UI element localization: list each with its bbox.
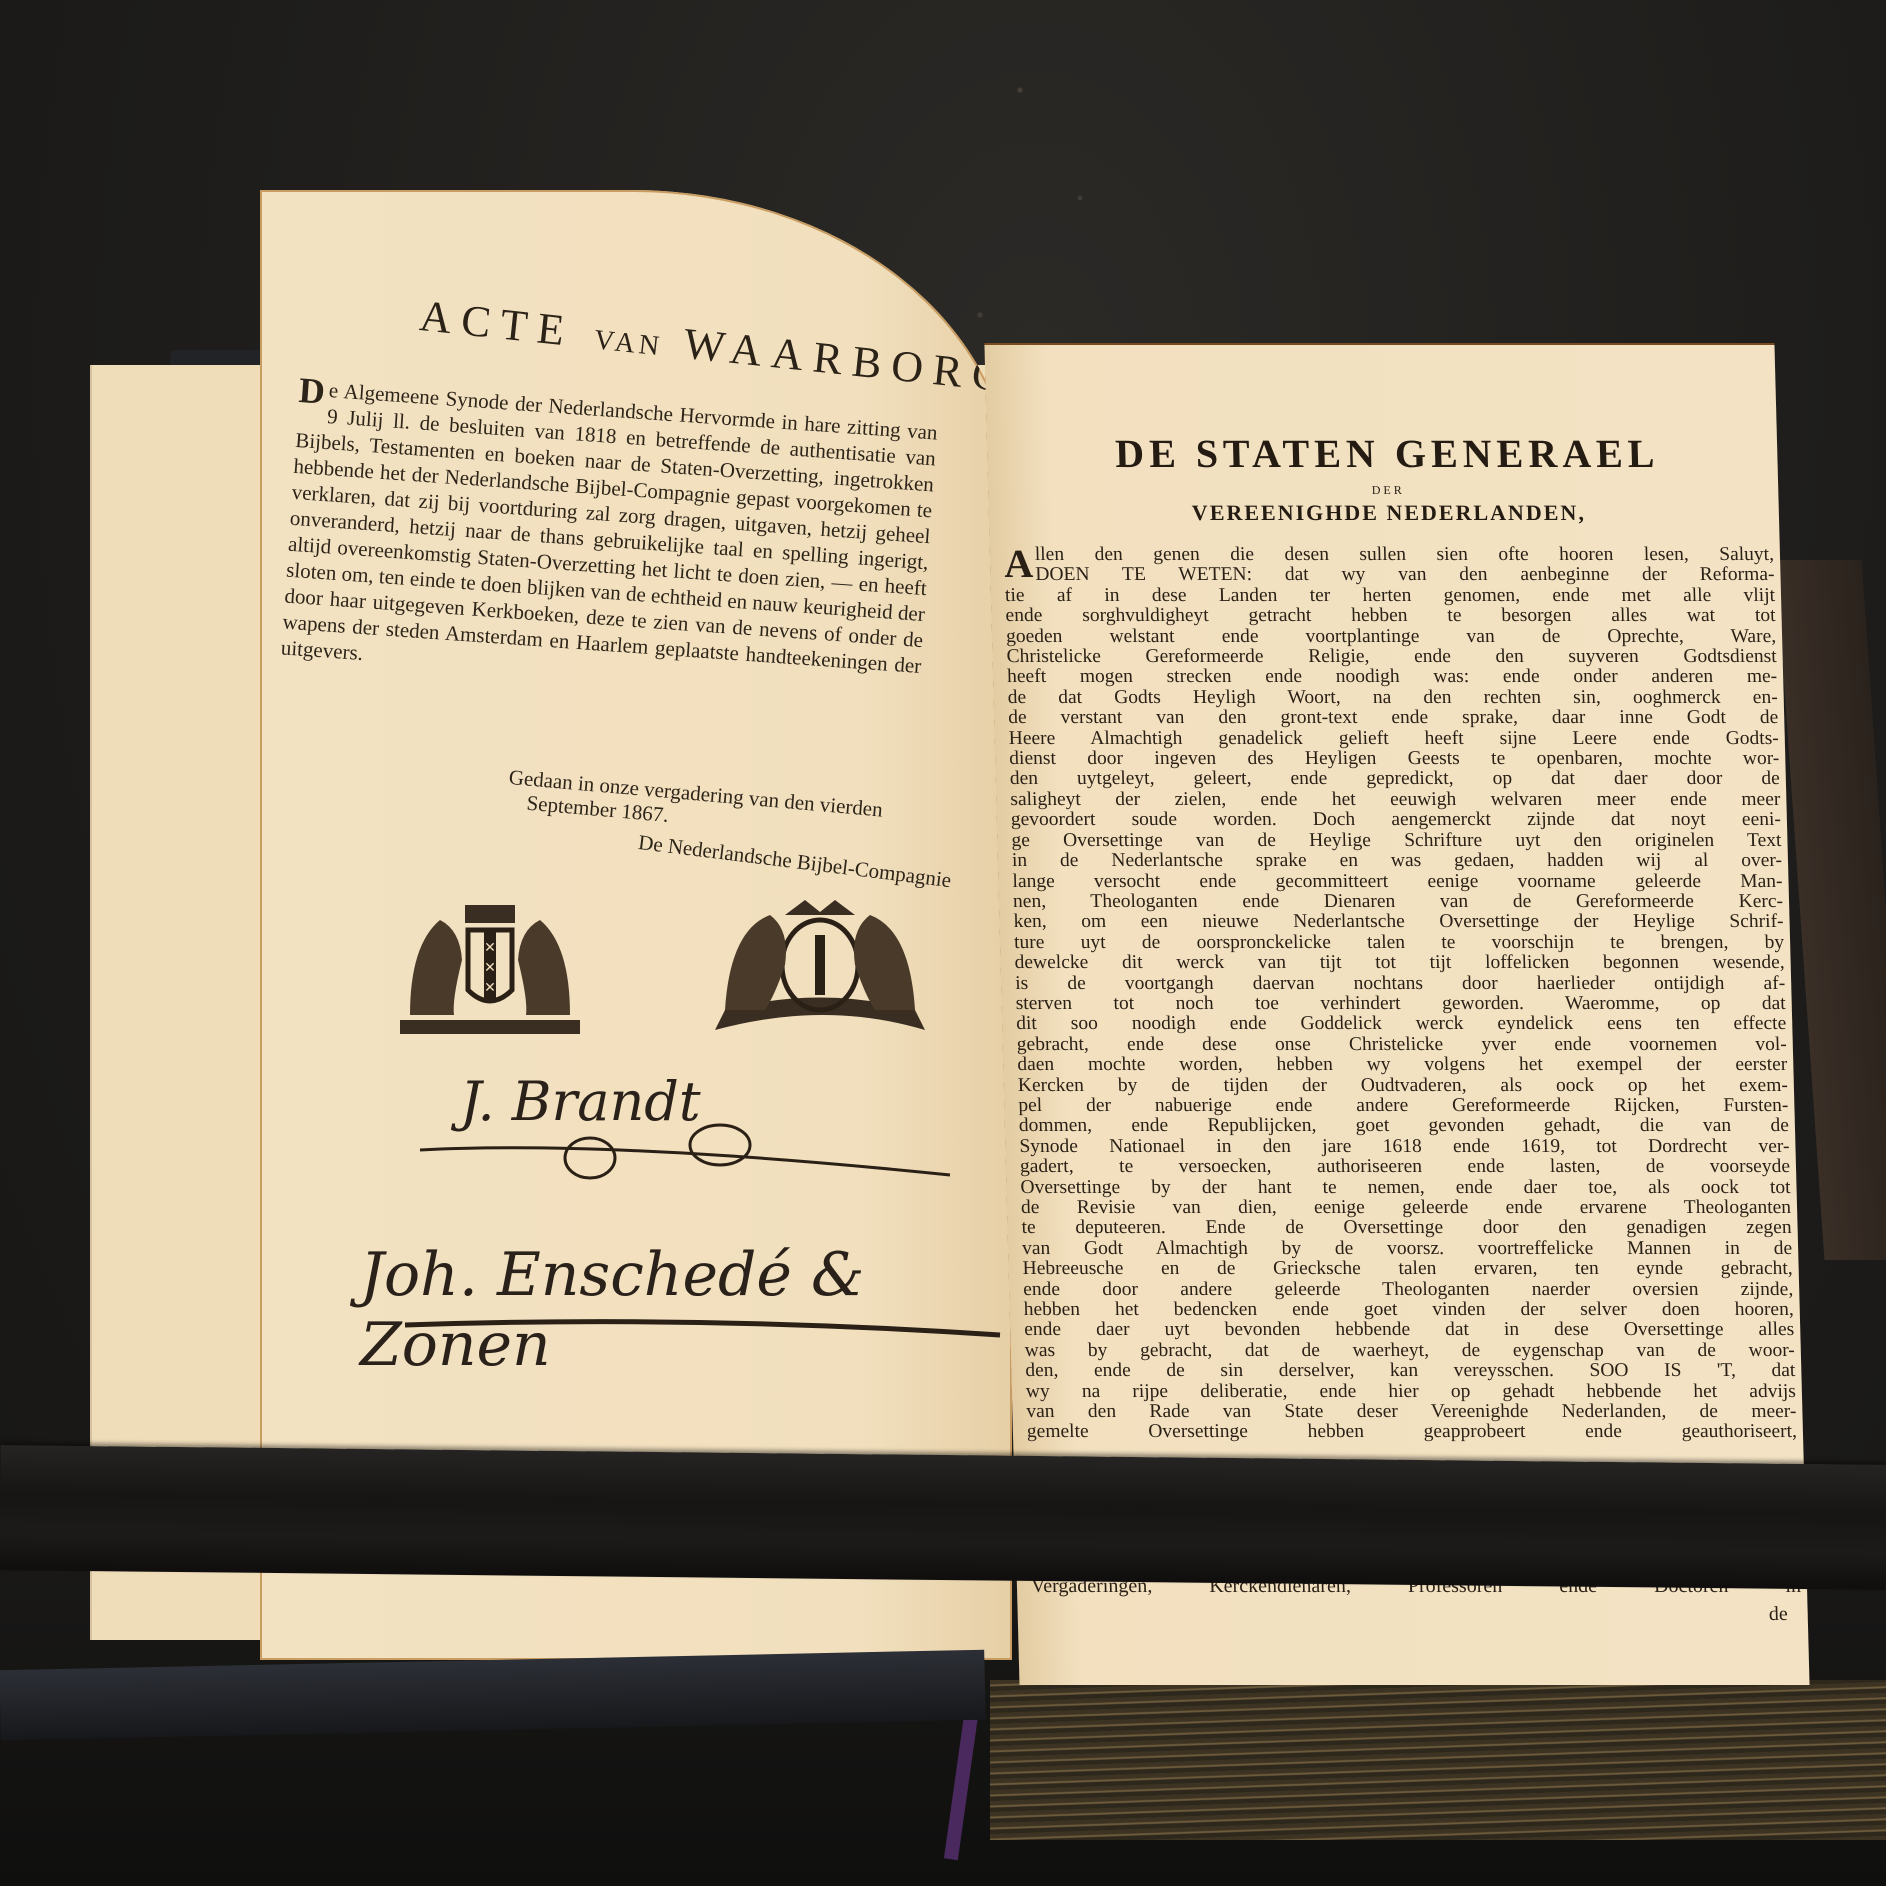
text-line: Oversettinge by der hant te nemen, ende … — [1020, 1178, 1791, 1198]
subheading-der: DER — [1008, 483, 1768, 498]
svg-text:✕: ✕ — [484, 981, 496, 996]
svg-text:✕: ✕ — [484, 961, 496, 976]
text-line: gemelte Oversettinge hebben geapprobeert… — [1027, 1422, 1798, 1442]
text-line: saligheyt der zielen, ende het eeuwigh w… — [1010, 790, 1781, 810]
text-line: Heere Almachtigh genadelick gelieft heef… — [1009, 729, 1780, 749]
page-heading: DE STATEN GENERAEL — [1007, 430, 1768, 477]
text-line: gebracht, ende dese onse Christelicke yv… — [1017, 1035, 1788, 1055]
text-line: Christelicke Gereformeerde Religie, ende… — [1006, 647, 1777, 667]
title-word-small: VAN — [593, 324, 665, 362]
title-word: ACTE — [417, 291, 576, 356]
amsterdam-arms-icon: ✕ ✕ ✕ — [390, 890, 590, 1040]
text-line: dienst door ingeven des Heyligen Geests … — [1009, 749, 1780, 769]
haarlem-arms-icon — [705, 890, 935, 1040]
gilt-page-edges — [990, 1680, 1886, 1840]
drop-cap: D — [298, 375, 326, 407]
subheading: VEREENIGHDE NEDERLANDEN, — [1009, 500, 1770, 526]
text-line: Hebreeusche en de Griecksche talen ervar… — [1022, 1259, 1793, 1279]
text-line: DOEN TE WETEN: dat wy van den aenbeginne… — [1004, 565, 1775, 585]
text-line: ende sorghvuldigheyt getracht hebben te … — [1005, 606, 1776, 626]
catchword: de — [1769, 1603, 1788, 1626]
text-line: is de voortgangh daervan nochtans door h… — [1015, 974, 1786, 994]
text-line: goeden welstant ende voortplantinge van … — [1006, 627, 1777, 647]
text-line: ture uyt de oorspronckelicke talen te vo… — [1014, 933, 1785, 953]
text-line: was by gebracht, dat de waerheyt, de eyg… — [1025, 1341, 1796, 1361]
text-line: tie af in dese Landen ter herten genomen… — [1005, 586, 1776, 606]
text-line: van den Rade van State deser Vereenighde… — [1026, 1402, 1797, 1422]
text-line: ende daer uyt bevonden hebbende dat in d… — [1024, 1320, 1795, 1340]
text-line: de dat Godts Heyligh Woort, na den recht… — [1007, 688, 1778, 708]
text-line: Synode Nationael in den jare 1618 ende 1… — [1019, 1137, 1790, 1157]
svg-text:✕: ✕ — [484, 941, 496, 956]
text-line: heeft mogen strecken ende noodigh was: e… — [1007, 667, 1778, 687]
guarantee-text: De Algemeene Synode der Nederlandsche He… — [280, 375, 938, 705]
text-line: dommen, ende Republijcken, goet gevonden… — [1019, 1116, 1790, 1136]
text-line: de Revisie van dien, eenige geleerde end… — [1021, 1198, 1792, 1218]
text-line: ende door andere geleerde Theologanten n… — [1023, 1280, 1794, 1300]
text-line: lange versocht ende gecommitteert eenige… — [1012, 872, 1783, 892]
text-line: daen mochte worden, hebben wy volgens he… — [1017, 1055, 1788, 1075]
text-line: dewelcke dit werck van tijt tot tijt lof… — [1014, 953, 1785, 973]
body-text: e Algemeene Synode der Nederlandsche Her… — [280, 378, 938, 678]
drop-cap: A — [1004, 545, 1034, 583]
text-line: sterven tot noch toe verhindert geworden… — [1015, 994, 1786, 1014]
signature-underline — [400, 1310, 1010, 1350]
text-line: van Godt Almachtigh by de voorsz. voortr… — [1022, 1239, 1793, 1259]
signature-flourish — [410, 1120, 970, 1190]
elastic-band — [0, 1445, 1886, 1590]
dated-line: Gedaan in onze vergadering van den vierd… — [506, 765, 968, 853]
text-line: ge Oversettinge van de Heylige Schriftur… — [1011, 831, 1782, 851]
text-line: de verstant van den gront-text ende spra… — [1008, 708, 1779, 728]
text-line: llen den genen die desen sullen sien oft… — [1004, 545, 1775, 565]
text-line: ken, om een nieuwe Nederlantsche Overset… — [1013, 912, 1784, 932]
text-line: hebben het bedencken ende goet vinden de… — [1023, 1300, 1794, 1320]
text-line: nen, Theologanten ende Dienaren van de G… — [1013, 892, 1784, 912]
left-page: ACTE VAN WAARBORG De Algemeene Synode de… — [260, 190, 1012, 1660]
text-line: den, ende de sin derselver, kan vereyssc… — [1025, 1361, 1796, 1381]
text-line: te deputeeren. Ende de Oversettinge door… — [1021, 1218, 1792, 1238]
text-line: gadert, te versoecken, authoriseeren end… — [1020, 1157, 1791, 1177]
text-line: gevoordert soude worden. Doch aengemerck… — [1011, 810, 1782, 830]
text-line: pel der nabuerige ende andere Gereformee… — [1018, 1096, 1789, 1116]
text-line: in de Nederlantsche sprake en was gedaen… — [1012, 851, 1783, 871]
text-line: Kercken by de tijden der Oudtvaderen, al… — [1018, 1076, 1789, 1096]
text-line: wy na rijpe deliberatie, ende hier op ge… — [1026, 1382, 1797, 1402]
text-line: den uytgeleyt, geleert, ende gepredickt,… — [1010, 769, 1781, 789]
proclamation-text: A llen den genen die desen sullen sien o… — [1004, 545, 1798, 1443]
text-line: dit soo noodigh ende Goddelick werck eyn… — [1016, 1014, 1787, 1034]
